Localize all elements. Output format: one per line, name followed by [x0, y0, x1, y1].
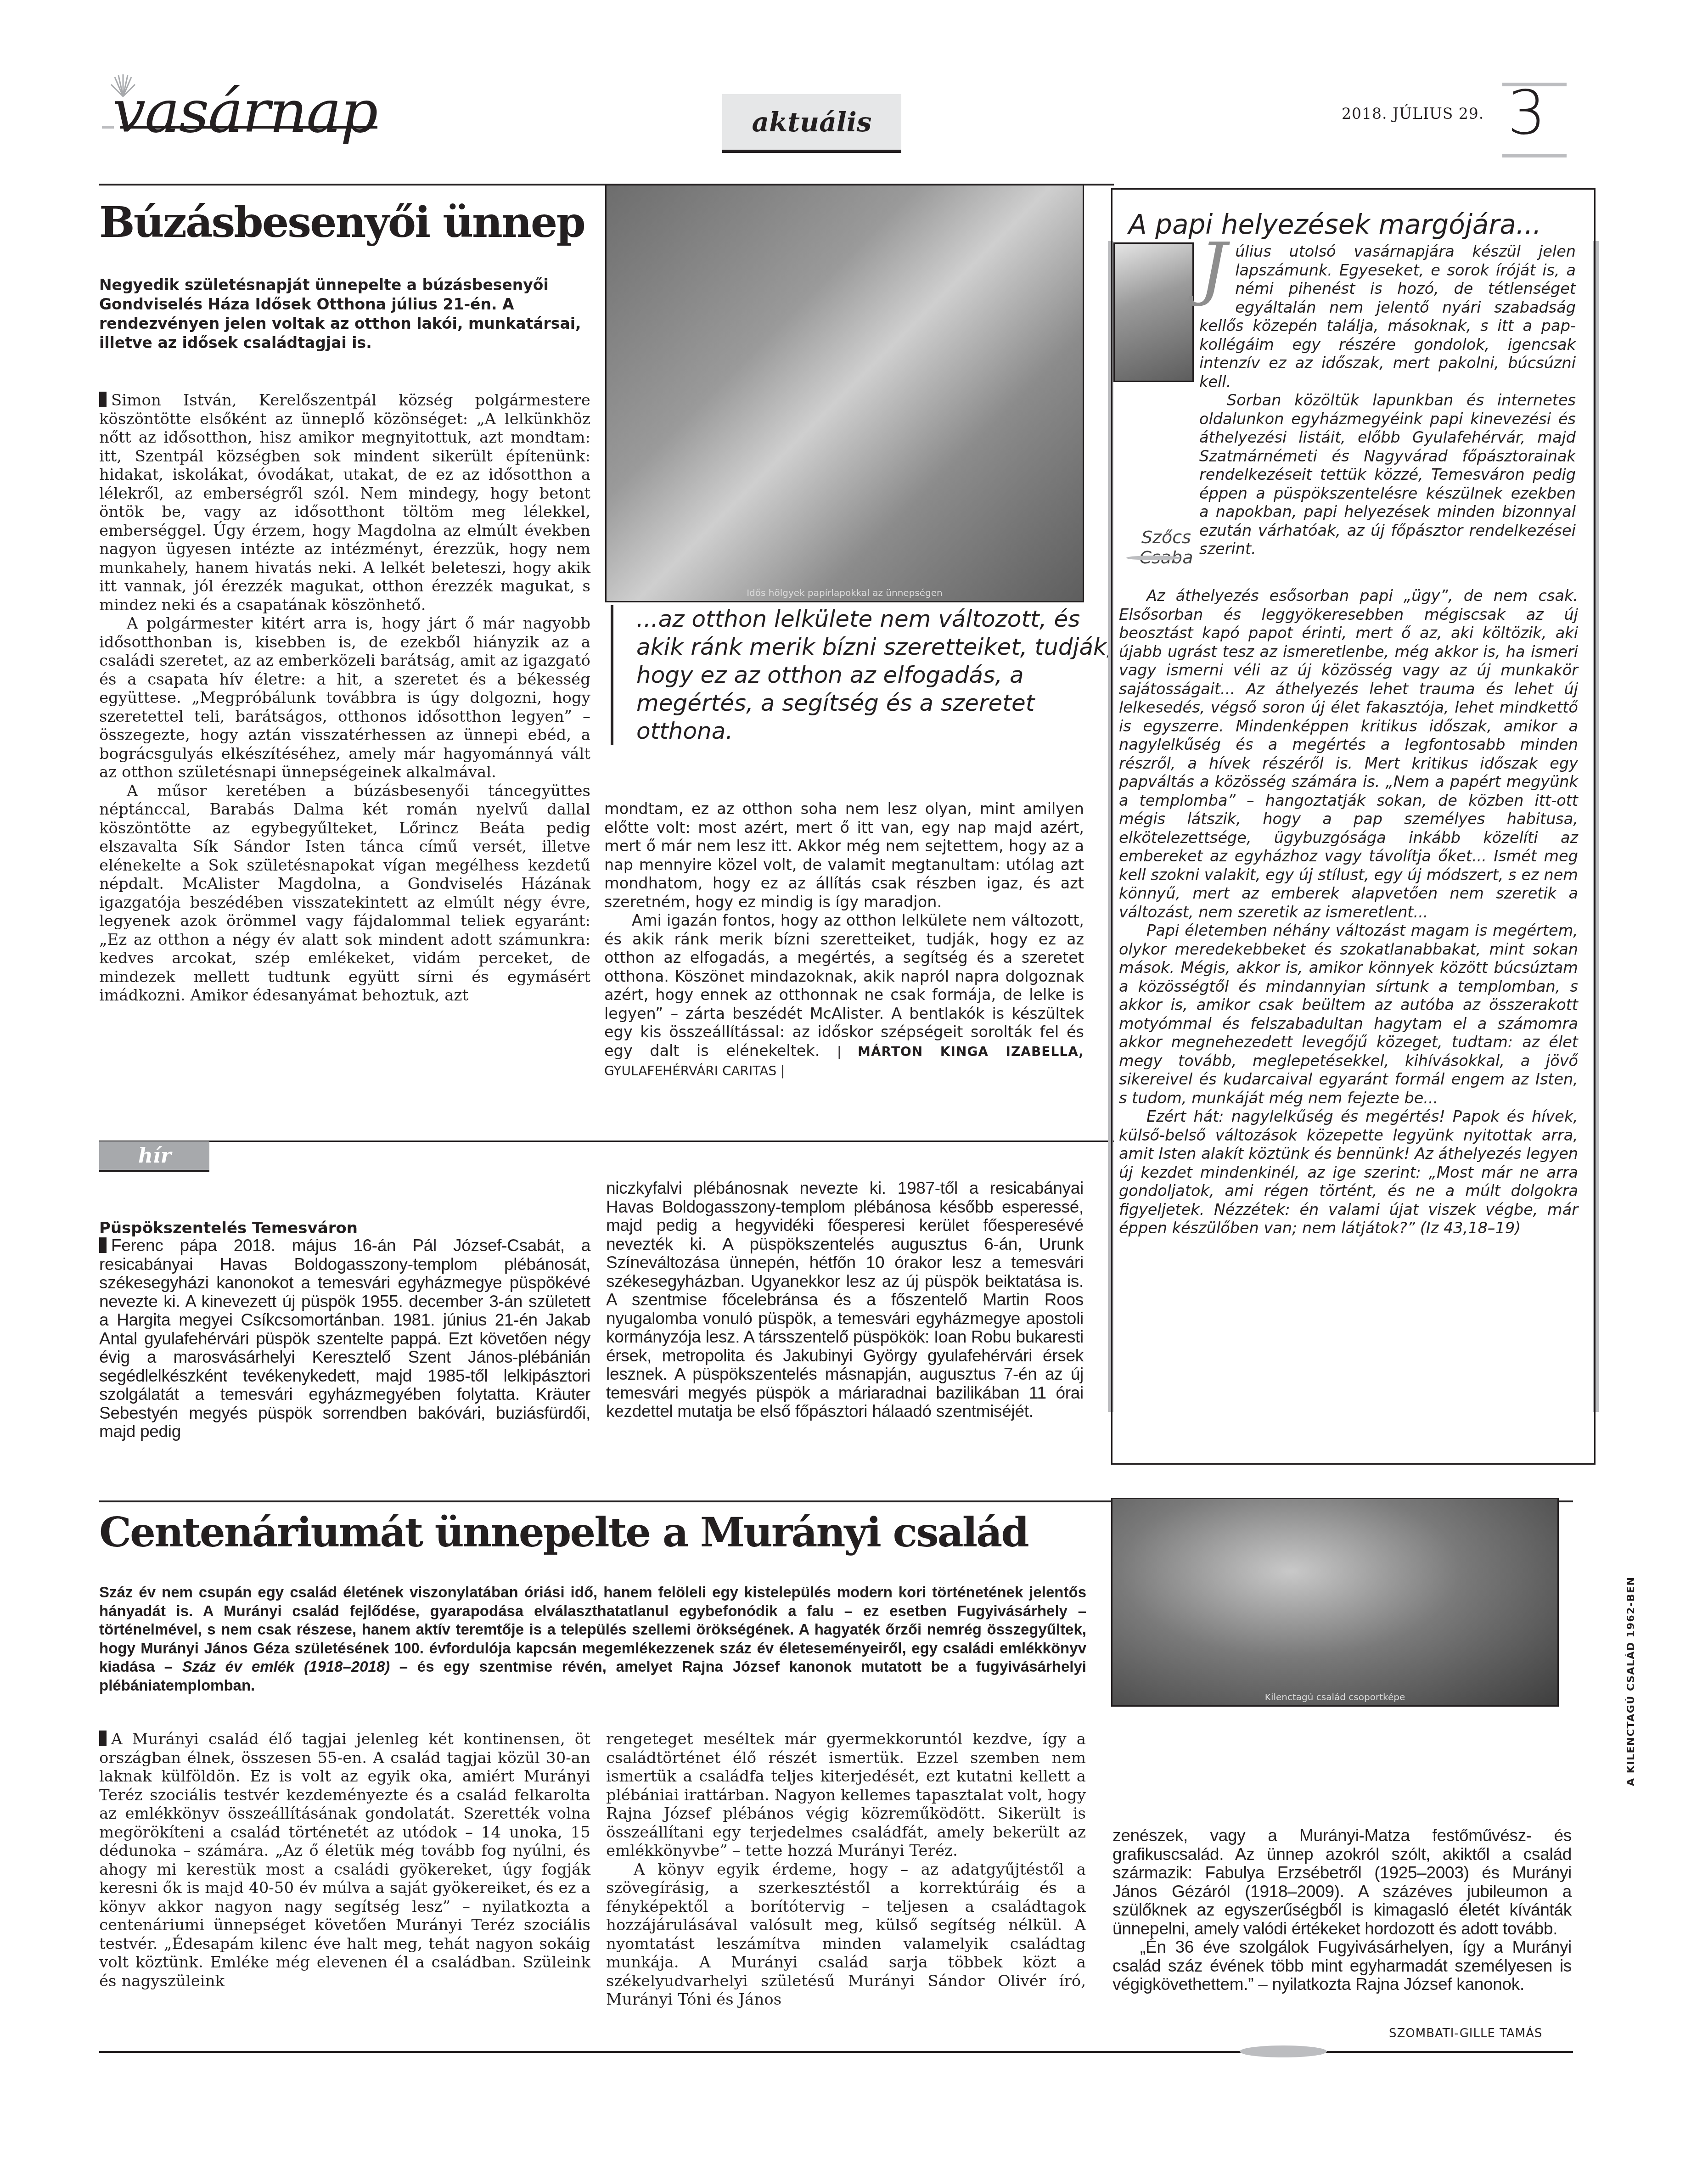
- paragraph-marker: [99, 392, 107, 407]
- article-title: Centenáriumát ünnepelte a Murányi család: [99, 1508, 1028, 1556]
- byline-underline-accent: [1240, 2045, 1327, 2057]
- article-lead: Száz év nem csupán egy család életének v…: [99, 1583, 1086, 1695]
- news-divider: [99, 1141, 1114, 1142]
- opinion-body: Az áthelyezés esősorban papi „ügy”, de n…: [1119, 587, 1578, 1238]
- author-name: Szőcs Csaba: [1125, 527, 1208, 568]
- page-bottom-rule: [99, 2051, 1573, 2053]
- article-title: Búzásbesenyői ünnep: [99, 197, 584, 247]
- article-body-column-1: Simon István, Kerelőszentpál község polg…: [99, 391, 590, 1005]
- issue-date: 2018. JÚLIUS 29.: [1342, 105, 1484, 123]
- article3-body-column-2: rengeteget meséltek már gyermekkoruntól …: [606, 1730, 1086, 2009]
- author-portrait-frame: [1113, 242, 1194, 382]
- article-body-column-2: mondtam, ez az otthon soha nem lesz olya…: [604, 800, 1084, 1081]
- page-number: 3: [1507, 83, 1546, 143]
- paragraph-marker: [99, 1731, 107, 1746]
- newspaper-logo: vasárnap: [112, 83, 377, 141]
- book-title: Száz év emlék (1918–2018): [182, 1658, 390, 1675]
- drop-cap: J: [1199, 239, 1227, 298]
- news-body-column-2: niczkyfalvi plébánosnak nevezte ki. 1987…: [606, 1179, 1084, 1421]
- article-lead: Negyedik születésnapját ünnepelte a búzá…: [99, 275, 590, 353]
- logo-underline: [120, 126, 377, 129]
- opinion-title: A papi helyezések margójára...: [1129, 209, 1541, 240]
- news-section-tab: hír: [99, 1141, 209, 1172]
- family-photo-1962: Kilenctagú család csoportképe: [1111, 1498, 1559, 1707]
- photo-caption: A KILENCTAGÚ CSALÁD 1962-BEN: [1625, 1577, 1637, 1786]
- author-name-underline: [1126, 556, 1180, 560]
- logo-underline-accent: [102, 126, 114, 129]
- article3-body-column-1: A Murányi család élő tagjai jelenleg két…: [99, 1730, 590, 1990]
- paragraph-marker: [99, 1237, 107, 1253]
- news-headline: Püspökszentelés Temesváron: [99, 1219, 358, 1237]
- article-byline: SZOMBATI-GILLE TAMÁS: [1389, 2027, 1543, 2040]
- opinion-body-intro: Július utolsó vasárnapjára készül jelen …: [1199, 242, 1576, 559]
- news-body-column-1: Ferenc pápa 2018. május 16-án Pál József…: [99, 1236, 590, 1441]
- section-label: aktuális: [752, 107, 871, 138]
- page-number-bar-bottom: [1502, 154, 1567, 157]
- article3-body-column-3: zenészek, vagy a Murányi-Matza festőművé…: [1112, 1826, 1572, 1994]
- section-tab: aktuális: [722, 94, 901, 153]
- article-photo-elderly-women: Idős hölgyek papírlapokkal az ünnepségen: [605, 184, 1084, 602]
- pull-quote: ...az otthon lelkülete nem változott, és…: [611, 605, 1123, 745]
